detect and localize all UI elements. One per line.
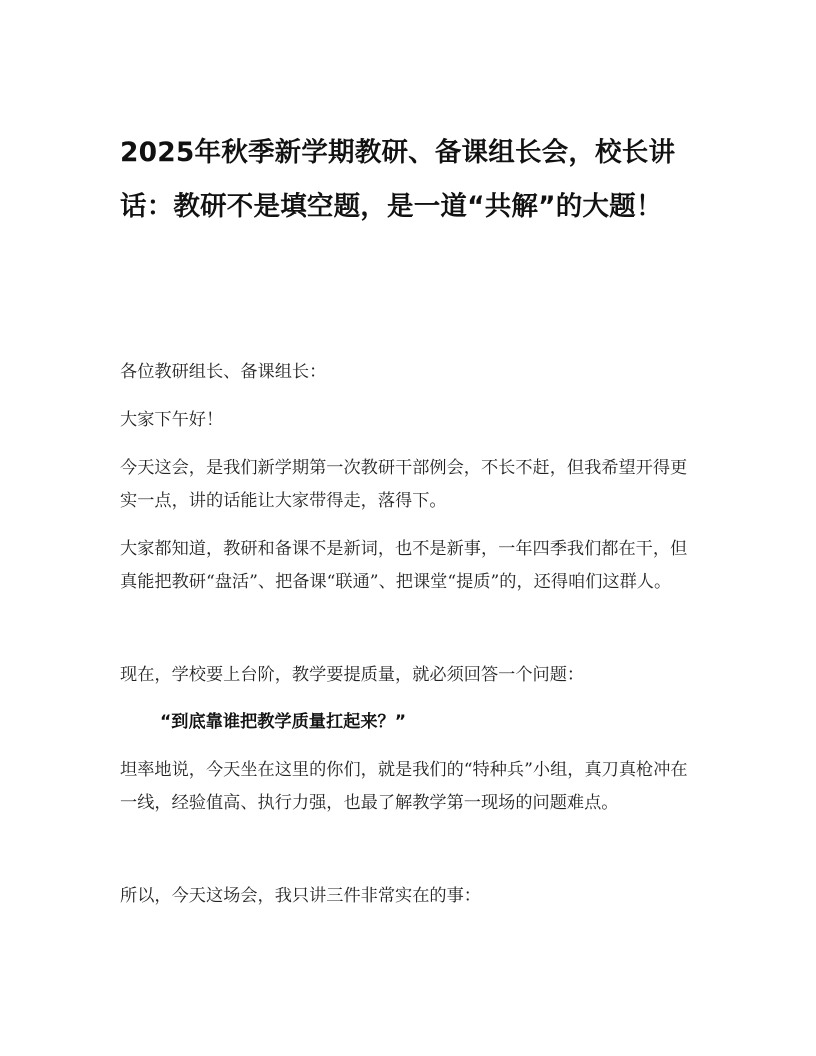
paragraph-team: 坦率地说，今天坐在这里的你们，就是我们的“特种兵”小组，真刀真枪冲在一线，经验值… [120, 754, 700, 820]
document-title: 2025年秋季新学期教研、备课组长会，校长讲话：教研不是填空题，是一道“共解”的… [120, 126, 700, 234]
key-question: “到底靠谁把教学质量扛起来？” [160, 706, 406, 739]
salutation: 各位教研组长、备课组长： [120, 356, 700, 389]
paragraph-intro: 今天这会，是我们新学期第一次教研干部例会，不长不赶，但我希望开得更实一点，讲的话… [120, 452, 700, 518]
paragraph-agenda-lead: 所以，今天这场会，我只讲三件非常实在的事： [120, 880, 700, 913]
paragraph-question-lead: 现在，学校要上台阶，教学要提质量，就必须回答一个问题： [120, 659, 700, 692]
greeting: 大家下午好！ [120, 404, 700, 437]
paragraph-context: 大家都知道，教研和备课不是新词，也不是新事，一年四季我们都在干，但真能把教研“盘… [120, 533, 700, 599]
document-page: 2025年秋季新学期教研、备课组长会，校长讲话：教研不是填空题，是一道“共解”的… [0, 0, 816, 1056]
